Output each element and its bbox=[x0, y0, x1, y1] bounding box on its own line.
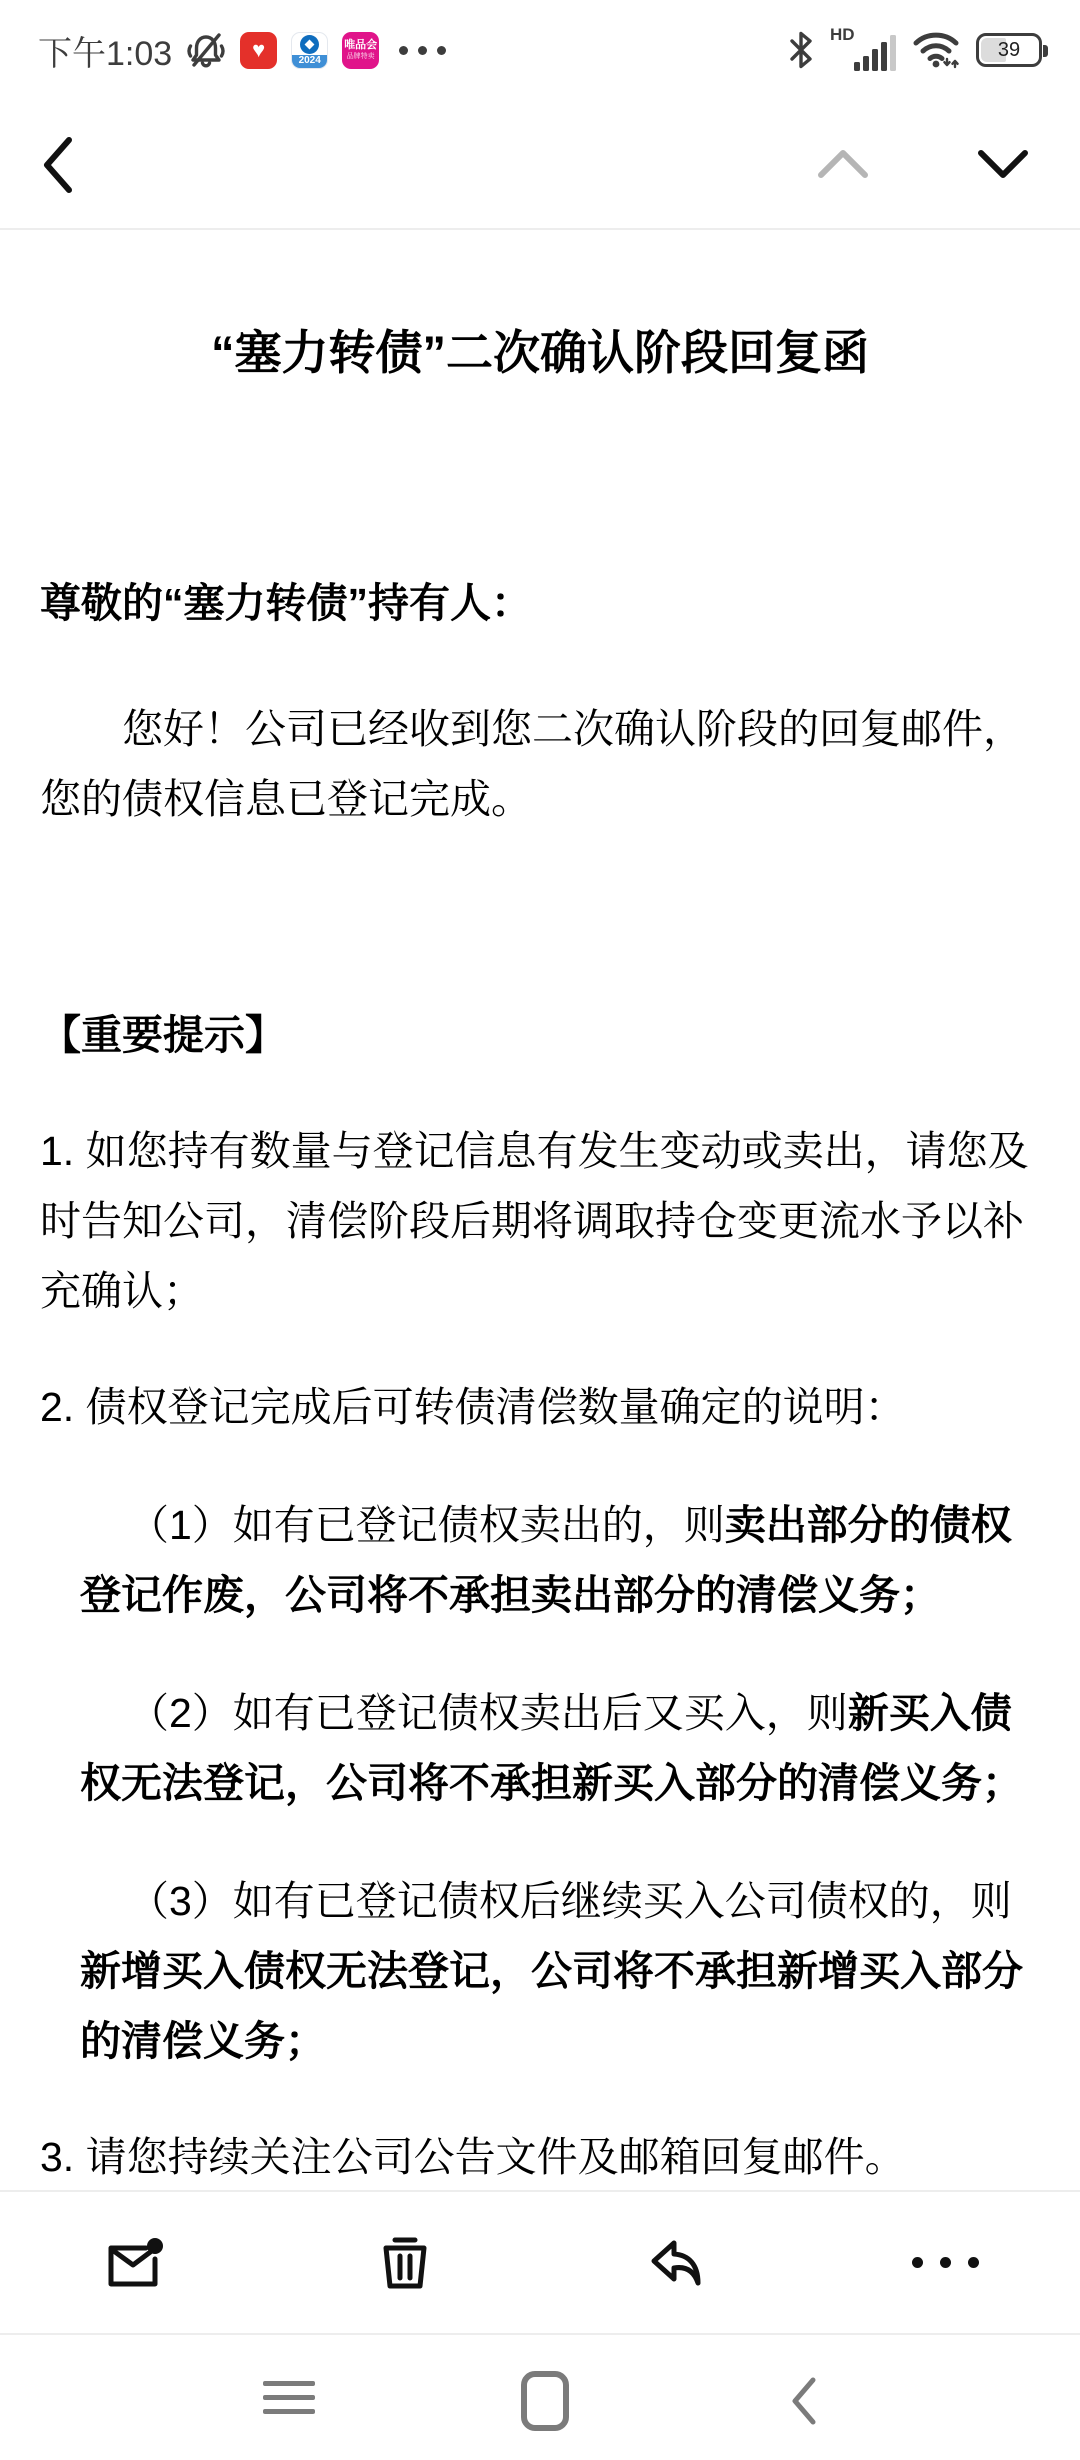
sub-item-3-lead: （3）如有已登记债权后继续买入公司债权的，则 bbox=[128, 1878, 1012, 1924]
letter-salutation: 尊敬的“塞力转债”持有人： bbox=[40, 568, 1040, 638]
battery-percent: 39 bbox=[998, 39, 1020, 62]
heart-app-notification-icon: ♥ bbox=[240, 32, 277, 69]
home-nav-button[interactable] bbox=[521, 2371, 569, 2431]
letter-greeting-paragraph: 您好！公司已经收到您二次确认阶段的回复邮件，您的债权信息已登记完成。 bbox=[40, 694, 1040, 834]
sub-item-3-emphasis: 新增买入债权无法登记，公司将不承担新增买入部分的清偿义务； bbox=[80, 1948, 1023, 2064]
previous-email-button[interactable] bbox=[815, 146, 871, 182]
ccb-logo bbox=[300, 35, 319, 54]
menu-nav-button[interactable] bbox=[263, 2381, 315, 2414]
ccb-year-label: 2024 bbox=[292, 55, 327, 68]
delete-button[interactable] bbox=[270, 2234, 540, 2292]
status-bar[interactable]: 下午1:03 ♥ 2024 唯品会 品牌特卖 bbox=[0, 0, 1080, 100]
vipshop-app-notification-icon: 唯品会 品牌特卖 bbox=[342, 32, 379, 69]
more-actions-button[interactable] bbox=[810, 2257, 1080, 2268]
hd-volte-label: HD bbox=[830, 25, 855, 45]
sub-item-2-lead: （2）如有已登记债权卖出后又买入，则 bbox=[128, 1690, 848, 1736]
system-navigation-bar bbox=[0, 2335, 1080, 2460]
back-button[interactable] bbox=[40, 134, 76, 196]
mark-unread-button[interactable] bbox=[0, 2235, 270, 2291]
email-action-toolbar bbox=[0, 2192, 1080, 2333]
email-body-scroll-area[interactable]: “塞力转债”二次确认阶段回复函 尊敬的“塞力转债”持有人： 您好！公司已经收到您… bbox=[0, 230, 1080, 2190]
sub-item-1-lead: （1）如有已登记债权卖出的，则 bbox=[128, 1502, 725, 1548]
next-email-button[interactable] bbox=[975, 146, 1031, 182]
cellular-signal-icon: HD bbox=[830, 27, 896, 73]
email-nav-bar bbox=[0, 100, 1080, 228]
notice-item-3: 3. 请您持续关注公司公告文件及邮箱回复邮件。 bbox=[40, 2122, 1040, 2190]
notice-item-2: 2. 债权登记完成后可转债清偿数量确定的说明： bbox=[40, 1372, 1040, 1442]
notice-sub-item-2: （2）如有已登记债权卖出后又买入，则新买入债权无法登记，公司将不承担新买入部分的… bbox=[80, 1678, 1040, 1818]
notice-sub-item-3: （3）如有已登记债权后继续买入公司债权的，则新增买入债权无法登记，公司将不承担新… bbox=[80, 1866, 1040, 2076]
notice-sub-item-1: （1）如有已登记债权卖出的，则卖出部分的债权登记作废，公司将不承担卖出部分的清偿… bbox=[80, 1490, 1040, 1630]
clock: 下午1:03 bbox=[38, 26, 172, 75]
ellipsis-icon bbox=[912, 2257, 979, 2268]
vipshop-label: 唯品会 bbox=[344, 40, 377, 51]
bluetooth-icon bbox=[788, 31, 814, 69]
wifi-icon bbox=[912, 31, 960, 69]
back-nav-button[interactable] bbox=[788, 2375, 818, 2427]
silent-mode-icon bbox=[186, 30, 226, 70]
ccb-bank-app-notification-icon: 2024 bbox=[291, 32, 328, 69]
notice-item-1: 1. 如您持有数量与登记信息有发生变动或卖出，请您及时告知公司，清偿阶段后期将调… bbox=[40, 1116, 1040, 1326]
heart-glyph: ♥ bbox=[252, 39, 265, 61]
more-notifications-icon bbox=[399, 46, 446, 55]
important-notice-heading: 【重要提示】 bbox=[40, 1000, 1040, 1070]
letter-title: “塞力转债”二次确认阶段回复函 bbox=[40, 318, 1040, 388]
battery-icon: 39 bbox=[976, 33, 1042, 67]
reply-button[interactable] bbox=[540, 2235, 810, 2291]
vipshop-sub-label: 品牌特卖 bbox=[347, 53, 375, 60]
